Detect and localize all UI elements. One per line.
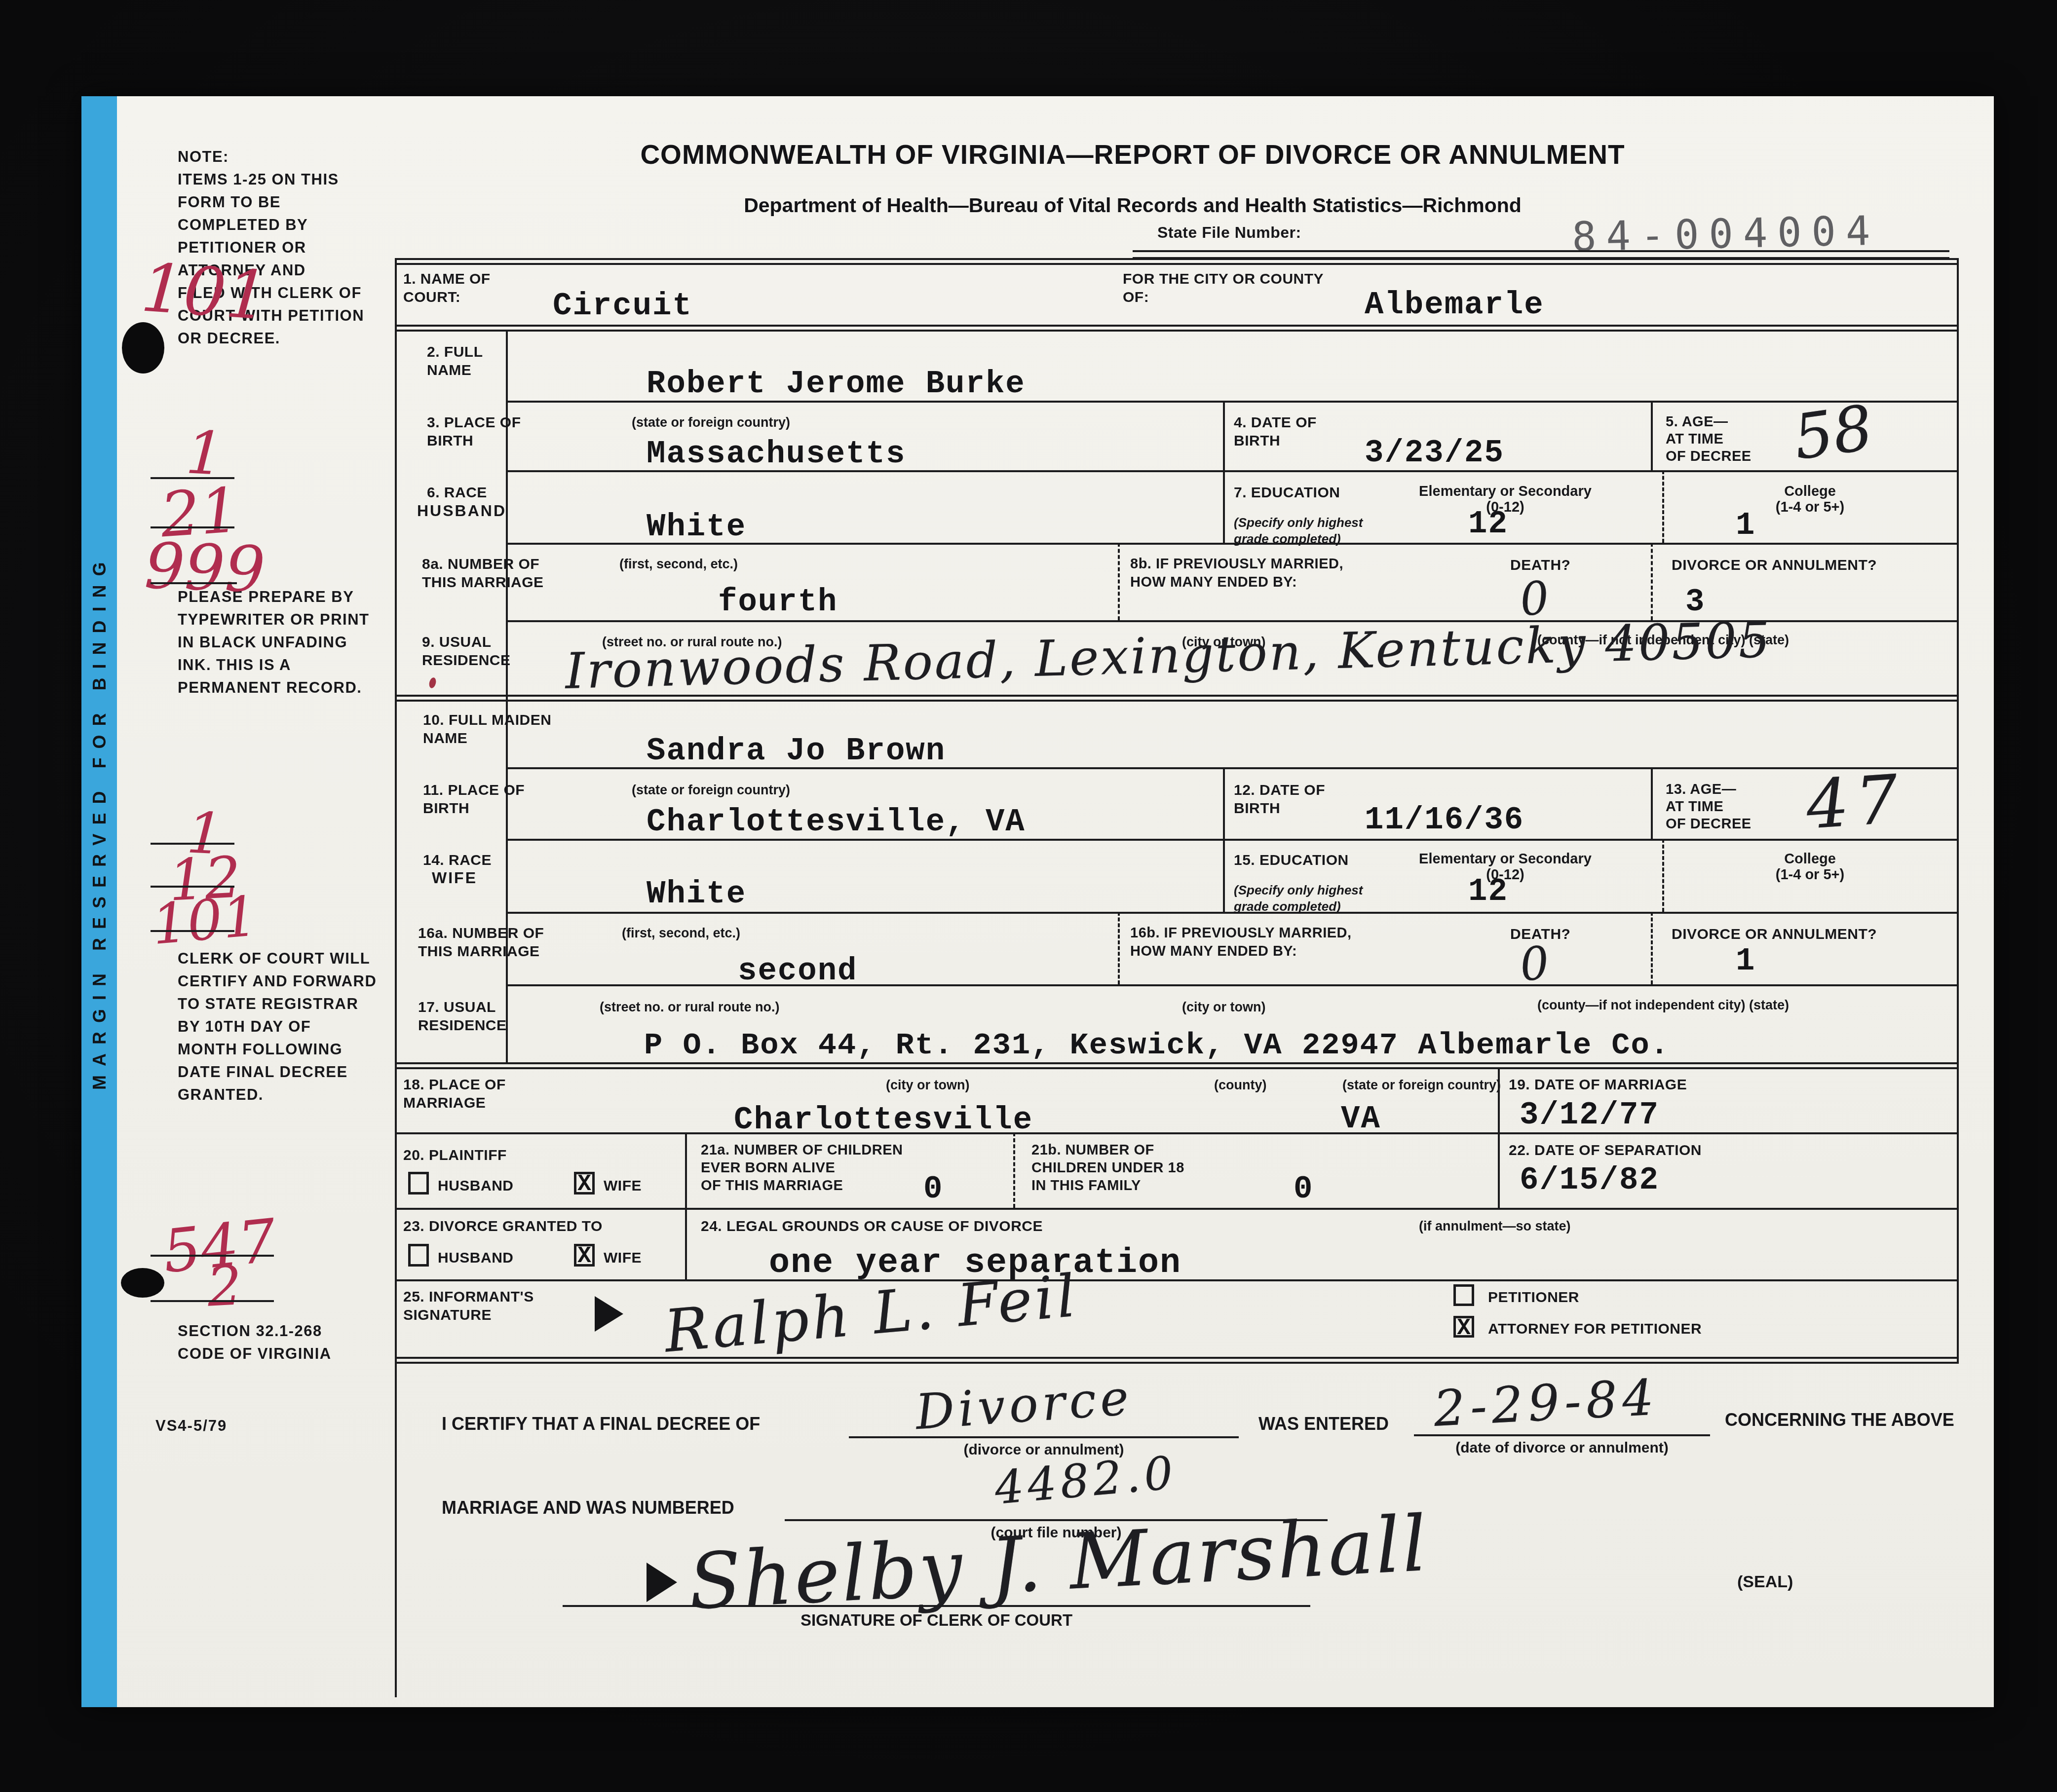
date-of-separation-value: 6/15/82 [1520,1163,1659,1198]
wife-residence-hint-street: (street no. or rural route no.) [600,999,780,1015]
county-value: Albemarle [1365,288,1544,323]
punch-hole-top [122,322,164,373]
decree-type-value: Divorce [914,1370,1135,1441]
margin-note-clerk: CLERK OF COURT WILL CERTIFY AND FORWARD … [178,947,415,1106]
wife-maiden-name-value: Sandra Jo Brown [647,734,946,769]
wife-age-value: 47 [1804,760,1907,844]
place-of-marriage-label: 18. PLACE OF MARRIAGE [403,1076,506,1112]
form-code: VS4-5/79 [155,1415,333,1437]
place-state-value: VA [1341,1102,1381,1137]
wife-edu-col2-label: College (1-4 or 5+) [1676,851,1944,883]
certify-text-1: I CERTIFY THAT A FINAL DECREE OF [442,1414,760,1434]
wife-edu-label: 15. EDUCATION [1234,851,1349,869]
margin-code-7: 101 [138,883,271,958]
state-file-label: State File Number: [1157,224,1301,242]
date-of-marriage-value: 3/12/77 [1520,1098,1659,1133]
wife-residence-value: P O. Box 44, Rt. 231, Keswick, VA 22947 … [644,1028,1670,1063]
clerk-signature-label: SIGNATURE OF CLERK OF COURT [563,1611,1310,1630]
wife-race-value: White [647,877,746,912]
state-file-number-stamp: 84-004004 [1571,207,1880,261]
seal-label: (SEAL) [1737,1572,1793,1592]
form-subtitle: Department of Health—Bureau of Vital Rec… [590,194,1676,217]
wife-divorce-value: 1 [1736,944,1755,979]
binding-margin-label: MARGIN RESERVED FOR BINDING [84,328,115,1315]
petitioner-checkbox [1453,1284,1474,1306]
wife-section-label: WIFE [432,869,477,887]
place-hint-city: (city or town) [886,1077,970,1093]
decree-type-hint: (divorce or annulment) [849,1442,1239,1458]
plaintiff-wife-option: WIFE [604,1177,642,1195]
plaintiff-wife-mark: X [577,1171,591,1197]
decree-date-hint: (date of divorce or annulment) [1394,1440,1730,1456]
wife-pob-label: 11. PLACE OF BIRTH [423,781,525,818]
margin-code-9: 2 [164,1252,285,1321]
margin-section-reference: SECTION 32.1-268 CODE OF VIRGINIA [178,1320,415,1365]
wife-marriage-number-label: 16a. NUMBER OF THIS MARRIAGE [418,924,544,961]
husband-pob-label: 3. PLACE OF BIRTH [427,413,521,450]
granted-husband-option: HUSBAND [438,1249,514,1267]
granted-wife-mark: X [577,1243,591,1269]
margin-code-1: 101 [138,249,271,335]
wife-maiden-name-label: 10. FULL MAIDEN NAME [423,711,551,747]
signature-arrow-icon [595,1296,623,1332]
wife-race-label: 14. RACE [423,851,492,869]
wife-marriage-number-hint: (first, second, etc.) [622,925,740,941]
husband-edu-label: 7. EDUCATION [1234,484,1340,502]
wife-dob-value: 11/16/36 [1365,803,1524,838]
form-title: COMMONWEALTH OF VIRGINIA—REPORT OF DIVOR… [590,139,1676,170]
wife-pob-hint: (state or foreign country) [632,782,790,798]
wife-edu-hint: (Specify only highest grade completed) [1234,882,1407,915]
place-hint-state: (state or foreign country) [1342,1077,1501,1093]
husband-residence-value: Ironwoods Road, Lexington, Kentucky 4050… [565,611,1773,700]
wife-death-value: 0 [1518,936,1552,992]
husband-divorce-label: DIVORCE OR ANNULMENT? [1672,556,1877,574]
husband-pob-value: Massachusetts [647,437,906,472]
husband-dob-value: 3/23/25 [1365,436,1504,471]
granted-husband-checkbox [408,1244,429,1267]
wife-prev-married-label: 16b. IF PREVIOUSLY MARRIED, HOW MANY END… [1130,924,1352,961]
court-name-value: Circuit [553,289,692,324]
certify-text-2: WAS ENTERED [1258,1414,1389,1434]
husband-edu-college-value: 1 [1736,508,1755,544]
petitioner-option: PETITIONER [1488,1288,1579,1307]
attorney-checkbox: X [1453,1316,1474,1338]
divorce-granted-to-label: 23. DIVORCE GRANTED TO [403,1217,603,1235]
husband-edu-hint: (Specify only highest grade completed) [1234,515,1407,547]
plaintiff-wife-checkbox: X [574,1172,595,1195]
husband-marriage-number-value: fourth [718,585,838,620]
children-born-value: 0 [923,1172,943,1207]
plaintiff-husband-option: HUSBAND [438,1177,514,1195]
clerk-signature-arrow-icon [647,1563,677,1602]
husband-edu-elem-value: 12 [1468,507,1508,542]
wife-residence-hint-city: (city or town) [1182,999,1266,1015]
children-under18-label: 21b. NUMBER OF CHILDREN UNDER 18 IN THIS… [1031,1141,1184,1195]
certify-text-3: CONCERNING THE ABOVE [1725,1410,1954,1430]
plaintiff-husband-checkbox [408,1172,429,1195]
legal-grounds-hint: (if annulment—so state) [1419,1218,1571,1234]
husband-age-value: 58 [1790,392,1877,474]
children-under18-value: 0 [1294,1172,1313,1207]
decree-date-value: 2-29-84 [1432,1368,1660,1438]
court-name-label: 1. NAME OF COURT: [403,270,541,306]
wife-pob-value: Charlottesville, VA [647,805,1026,840]
husband-residence-label: 9. USUAL RESIDENCE [422,633,511,670]
legal-grounds-label: 24. LEGAL GROUNDS OR CAUSE OF DIVORCE [701,1217,1043,1235]
husband-marriage-number-label: 8a. NUMBER OF THIS MARRIAGE [422,555,544,592]
husband-age-label: 5. AGE— AT TIME OF DECREE [1666,413,1752,465]
husband-fullname-label: 2. FULL NAME [427,343,483,379]
city-county-label: FOR THE CITY OR COUNTY OF: [1123,270,1340,306]
husband-prev-married-label: 8b. IF PREVIOUSLY MARRIED, HOW MANY ENDE… [1130,555,1343,592]
place-city-value: Charlottesville [734,1103,1033,1138]
husband-edu-col2-label: College (1-4 or 5+) [1676,484,1944,515]
wife-dob-label: 12. DATE OF BIRTH [1234,781,1325,818]
husband-pob-hint: (state or foreign country) [632,414,790,430]
granted-wife-option: WIFE [604,1249,642,1267]
plaintiff-label: 20. PLAINTIFF [403,1146,507,1164]
scanned-document-page: { "header": { "title": "COMMONWEALTH OF … [0,0,2057,1792]
place-hint-county: (county) [1214,1077,1266,1093]
children-born-label: 21a. NUMBER OF CHILDREN EVER BORN ALIVE … [701,1141,903,1195]
margin-code-4: 999 [134,529,275,607]
date-of-separation-label: 22. DATE OF SEPARATION [1509,1141,1702,1159]
husband-fullname-value: Robert Jerome Burke [647,367,1026,402]
husband-race-value: White [647,510,746,545]
wife-residence-label: 17. USUAL RESIDENCE [418,998,507,1035]
wife-edu-elem-value: 12 [1468,874,1508,910]
date-of-marriage-label: 19. DATE OF MARRIAGE [1509,1076,1687,1094]
wife-marriage-number-value: second [738,954,857,989]
attorney-mark: X [1457,1315,1471,1341]
attorney-option: ATTORNEY FOR PETITIONER [1488,1320,1702,1338]
scanned-form-paper: MARGIN RESERVED FOR BINDING NOTE: ITEMS … [81,96,1994,1707]
wife-age-label: 13. AGE— AT TIME OF DECREE [1666,781,1752,833]
husband-section-label: HUSBAND [417,502,506,520]
husband-race-label: 6. RACE [427,484,487,502]
clerk-signature-value: Shelby J. Marshall [686,1499,1431,1627]
wife-residence-hint-county: (county—if not independent city) (state) [1537,997,1789,1013]
husband-dob-label: 4. DATE OF BIRTH [1234,413,1317,450]
wife-divorce-label: DIVORCE OR ANNULMENT? [1672,925,1877,943]
ink-mark [428,677,437,689]
granted-wife-checkbox: X [574,1244,595,1267]
certify-text-4: MARRIAGE AND WAS NUMBERED [442,1497,734,1518]
informant-signature-label: 25. INFORMANT'S SIGNATURE [403,1288,534,1324]
husband-marriage-number-hint: (first, second, etc.) [619,556,738,572]
